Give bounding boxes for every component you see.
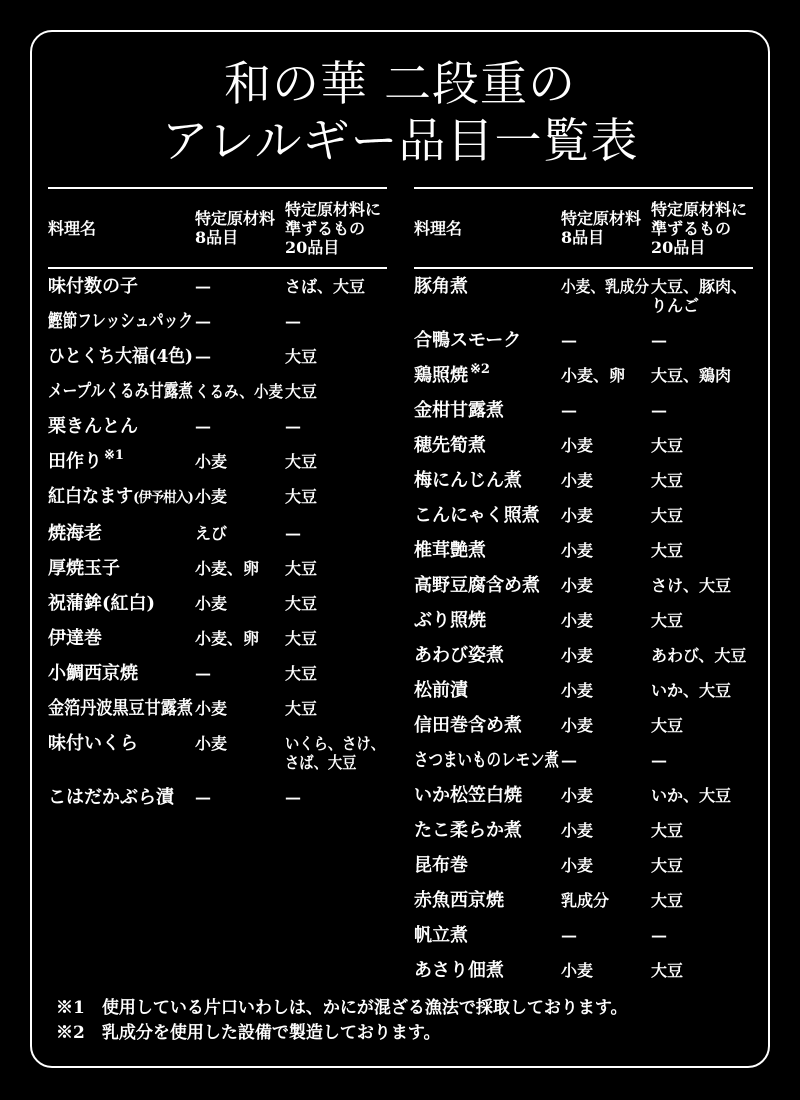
allergen-20-value: — bbox=[651, 918, 753, 953]
table-row: 味付数の子—さば、大豆 bbox=[48, 269, 387, 304]
table-row: 高野豆腐含め煮小麦さけ、大豆 bbox=[414, 568, 753, 603]
column-header-allergen8: 特定原材料 8品目 bbox=[195, 209, 285, 247]
dish-name: たこ柔らか煮 bbox=[414, 813, 561, 848]
dish-name: 小鯛西京焼 bbox=[48, 656, 195, 691]
table-row: あさり佃煮小麦大豆 bbox=[414, 953, 753, 988]
dish-name: 栗きんとん bbox=[48, 409, 195, 444]
table-row: こはだかぶら漬—— bbox=[48, 780, 387, 815]
allergen-8-value: 小麦、卵 bbox=[195, 621, 285, 656]
allergen-20-value: 大豆 bbox=[285, 479, 387, 516]
allergen-20-value: — bbox=[285, 780, 387, 815]
dish-name: 鶏照焼※2 bbox=[414, 358, 561, 393]
dish-name-small: (伊予柑入) bbox=[133, 490, 193, 506]
dish-name: 豚角煮 bbox=[414, 269, 561, 323]
page-title: 和の華 二段重のアレルギー品目一覧表 bbox=[32, 56, 768, 170]
table-row: 祝蒲鉾(紅白)小麦大豆 bbox=[48, 586, 387, 621]
allergen-20-value: — bbox=[285, 409, 387, 444]
allergen-8-value: — bbox=[195, 339, 285, 374]
allergen-8-value: 小麦 bbox=[195, 726, 285, 780]
allergen-8-value: — bbox=[195, 409, 285, 444]
allergen-8-value: — bbox=[195, 269, 285, 304]
table-row: さつまいものレモン煮—— bbox=[414, 743, 753, 778]
allergen-8-value: 小麦 bbox=[561, 498, 651, 533]
allergen-20-value: — bbox=[651, 393, 753, 428]
table-row: 信田巻含め煮小麦大豆 bbox=[414, 708, 753, 743]
dish-name: ぶり照焼 bbox=[414, 603, 561, 638]
dish-name: いか松笠白焼 bbox=[414, 778, 561, 813]
allergen-20-value: 大豆、鶏肉 bbox=[651, 358, 753, 393]
dish-name: 田作り※1 bbox=[48, 444, 195, 479]
dish-name: 高野豆腐含め煮 bbox=[414, 568, 561, 603]
dish-name: あわび姿煮 bbox=[414, 638, 561, 673]
allergen-20-value: 大豆 bbox=[651, 883, 753, 918]
dish-name: 信田巻含め煮 bbox=[414, 708, 561, 743]
table-row: ぶり照焼小麦大豆 bbox=[414, 603, 753, 638]
table-row: 味付いくら小麦いくら、さけ、 さば、大豆 bbox=[48, 726, 387, 780]
dish-name: 祝蒲鉾(紅白) bbox=[48, 586, 195, 621]
allergen-8-value: 乳成分 bbox=[561, 883, 651, 918]
dish-name: こんにゃく照煮 bbox=[414, 498, 561, 533]
dish-name: 松前漬 bbox=[414, 673, 561, 708]
table-row: 赤魚西京焼乳成分大豆 bbox=[414, 883, 753, 918]
allergen-20-value: 大豆 bbox=[651, 533, 753, 568]
dish-name: 味付いくら bbox=[48, 726, 195, 780]
allergen-8-value: 小麦 bbox=[561, 778, 651, 813]
table-row: メープルくるみ甘露煮くるみ、小麦大豆 bbox=[48, 374, 387, 409]
allergen-20-value: 大豆 bbox=[651, 498, 753, 533]
footnote-2: ※2 乳成分を使用した設備で製造しております。 bbox=[56, 1021, 748, 1046]
allergen-8-value: 小麦 bbox=[561, 953, 651, 988]
allergen-20-value: 大豆 bbox=[285, 691, 387, 726]
allergen-8-value: 小麦 bbox=[561, 638, 651, 673]
dish-name: 金柑甘露煮 bbox=[414, 393, 561, 428]
table-body: 味付数の子—さば、大豆鰹節フレッシュパック——ひとくち大福(4色)—大豆メープル… bbox=[48, 269, 387, 815]
dish-name: 昆布巻 bbox=[414, 848, 561, 883]
footnote-ref: ※1 bbox=[104, 448, 124, 463]
table-row: 帆立煮—— bbox=[414, 918, 753, 953]
column-header-allergen20: 特定原材料に 準ずるもの 20品目 bbox=[285, 200, 387, 257]
allergen-8-value: 小麦、卵 bbox=[561, 358, 651, 393]
allergen-8-value: 小麦 bbox=[195, 479, 285, 516]
allergen-20-value: — bbox=[285, 304, 387, 339]
allergen-20-value: さけ、大豆 bbox=[651, 568, 753, 603]
table-row: こんにゃく照煮小麦大豆 bbox=[414, 498, 753, 533]
table-row: 梅にんじん煮小麦大豆 bbox=[414, 463, 753, 498]
allergen-20-value: — bbox=[651, 743, 753, 778]
dish-name: あさり佃煮 bbox=[414, 953, 561, 988]
table-row: 小鯛西京焼—大豆 bbox=[48, 656, 387, 691]
column-header-allergen8: 特定原材料 8品目 bbox=[561, 209, 651, 247]
dish-name: 伊達巻 bbox=[48, 621, 195, 656]
allergen-20-value: 大豆 bbox=[285, 374, 387, 409]
column-header-allergen20: 特定原材料に 準ずるもの 20品目 bbox=[651, 200, 753, 257]
allergen-8-value: 小麦 bbox=[561, 848, 651, 883]
column-header-dish: 料理名 bbox=[48, 219, 195, 238]
allergen-20-value: 大豆 bbox=[285, 551, 387, 586]
dish-name: 金箔丹波黒豆甘露煮 bbox=[48, 691, 195, 726]
allergen-8-value: 小麦 bbox=[195, 691, 285, 726]
allergen-8-value: くるみ、小麦 bbox=[195, 374, 285, 409]
allergy-list-card: 和の華 二段重のアレルギー品目一覧表 料理名 特定原材料 8品目 特定原材料に … bbox=[30, 30, 770, 1068]
allergy-tables: 料理名 特定原材料 8品目 特定原材料に 準ずるもの 20品目 味付数の子—さば… bbox=[48, 187, 753, 988]
table-row: 穂先筍煮小麦大豆 bbox=[414, 428, 753, 463]
allergen-8-value: 小麦 bbox=[195, 444, 285, 479]
table-row: 鶏照焼※2小麦、卵大豆、鶏肉 bbox=[414, 358, 753, 393]
allergen-8-value: — bbox=[195, 304, 285, 339]
dish-name: 穂先筍煮 bbox=[414, 428, 561, 463]
table-row: 椎茸艶煮小麦大豆 bbox=[414, 533, 753, 568]
dish-name: 梅にんじん煮 bbox=[414, 463, 561, 498]
dish-name: 焼海老 bbox=[48, 516, 195, 551]
allergen-20-value: 大豆 bbox=[651, 708, 753, 743]
allergen-8-value: 小麦 bbox=[561, 568, 651, 603]
table-row: 豚角煮小麦、乳成分大豆、豚肉、 りんご bbox=[414, 269, 753, 323]
allergen-20-value: あわび、大豆 bbox=[651, 638, 753, 673]
allergen-8-value: 小麦、卵 bbox=[195, 551, 285, 586]
dish-name: 厚焼玉子 bbox=[48, 551, 195, 586]
allergen-20-value: 大豆 bbox=[651, 848, 753, 883]
dish-name: こはだかぶら漬 bbox=[48, 780, 195, 815]
allergen-20-value: 大豆 bbox=[285, 656, 387, 691]
dish-name: 紅白なます(伊予柑入) bbox=[48, 479, 195, 516]
table-row: 紅白なます(伊予柑入)小麦大豆 bbox=[48, 479, 387, 516]
table-row: 昆布巻小麦大豆 bbox=[414, 848, 753, 883]
table-row: 厚焼玉子小麦、卵大豆 bbox=[48, 551, 387, 586]
table-row: 合鴨スモーク—— bbox=[414, 323, 753, 358]
dish-name: メープルくるみ甘露煮 bbox=[48, 374, 195, 409]
table-row: 焼海老えび— bbox=[48, 516, 387, 551]
allergen-20-value: 大豆 bbox=[285, 444, 387, 479]
dish-name: 赤魚西京焼 bbox=[414, 883, 561, 918]
allergen-8-value: — bbox=[561, 323, 651, 358]
table-body: 豚角煮小麦、乳成分大豆、豚肉、 りんご合鴨スモーク——鶏照焼※2小麦、卵大豆、鶏… bbox=[414, 269, 753, 988]
allergy-table-right: 料理名 特定原材料 8品目 特定原材料に 準ずるもの 20品目 豚角煮小麦、乳成… bbox=[414, 187, 753, 988]
allergen-20-value: いか、大豆 bbox=[651, 673, 753, 708]
table-row: 栗きんとん—— bbox=[48, 409, 387, 444]
table-row: たこ柔らか煮小麦大豆 bbox=[414, 813, 753, 848]
allergen-20-value: 大豆 bbox=[651, 463, 753, 498]
table-row: 金箔丹波黒豆甘露煮小麦大豆 bbox=[48, 691, 387, 726]
allergen-8-value: 小麦 bbox=[561, 463, 651, 498]
allergen-8-value: 小麦、乳成分 bbox=[561, 269, 651, 323]
table-header: 料理名 特定原材料 8品目 特定原材料に 準ずるもの 20品目 bbox=[414, 187, 753, 269]
allergen-20-value: 大豆 bbox=[285, 339, 387, 374]
allergen-20-value: 大豆 bbox=[651, 603, 753, 638]
dish-name: 合鴨スモーク bbox=[414, 323, 561, 358]
footnote-1: ※1 使用している片口いわしは、かにが混ざる漁法で採取しております。 bbox=[56, 996, 748, 1021]
dish-name: さつまいものレモン煮 bbox=[414, 743, 561, 778]
table-row: あわび姿煮小麦あわび、大豆 bbox=[414, 638, 753, 673]
allergen-20-value: 大豆 bbox=[285, 621, 387, 656]
allergen-8-value: 小麦 bbox=[561, 813, 651, 848]
allergen-20-value: いくら、さけ、 さば、大豆 bbox=[285, 726, 387, 780]
table-row: 田作り※1小麦大豆 bbox=[48, 444, 387, 479]
allergen-8-value: えび bbox=[195, 516, 285, 551]
dish-name: 帆立煮 bbox=[414, 918, 561, 953]
allergen-8-value: 小麦 bbox=[195, 586, 285, 621]
page-title-line2: アレルギー品目一覧表 bbox=[162, 114, 639, 169]
allergen-20-value: 大豆 bbox=[651, 953, 753, 988]
allergen-20-value: 大豆 bbox=[651, 428, 753, 463]
table-row: 伊達巻小麦、卵大豆 bbox=[48, 621, 387, 656]
dish-name: 鰹節フレッシュパック bbox=[48, 304, 195, 339]
allergen-8-value: 小麦 bbox=[561, 428, 651, 463]
allergen-20-value: 大豆 bbox=[285, 586, 387, 621]
table-row: 金柑甘露煮—— bbox=[414, 393, 753, 428]
allergen-8-value: 小麦 bbox=[561, 603, 651, 638]
table-row: ひとくち大福(4色)—大豆 bbox=[48, 339, 387, 374]
allergy-table-left: 料理名 特定原材料 8品目 特定原材料に 準ずるもの 20品目 味付数の子—さば… bbox=[48, 187, 387, 988]
allergen-8-value: 小麦 bbox=[561, 708, 651, 743]
allergen-20-value: 大豆 bbox=[651, 813, 753, 848]
allergen-8-value: 小麦 bbox=[561, 673, 651, 708]
page-title-line1: 和の華 二段重の bbox=[224, 57, 576, 112]
allergen-20-value: 大豆、豚肉、 りんご bbox=[651, 269, 753, 323]
column-header-dish: 料理名 bbox=[414, 219, 561, 238]
allergen-20-value: いか、大豆 bbox=[651, 778, 753, 813]
footnotes: ※1 使用している片口いわしは、かにが混ざる漁法で採取しております。 ※2 乳成… bbox=[56, 996, 748, 1046]
table-row: 松前漬小麦いか、大豆 bbox=[414, 673, 753, 708]
table-header: 料理名 特定原材料 8品目 特定原材料に 準ずるもの 20品目 bbox=[48, 187, 387, 269]
allergen-20-value: — bbox=[651, 323, 753, 358]
footnote-ref: ※2 bbox=[470, 362, 490, 377]
allergen-8-value: — bbox=[561, 393, 651, 428]
allergen-8-value: — bbox=[195, 656, 285, 691]
dish-name: ひとくち大福(4色) bbox=[48, 339, 195, 374]
allergen-8-value: — bbox=[561, 743, 651, 778]
table-row: 鰹節フレッシュパック—— bbox=[48, 304, 387, 339]
table-row: いか松笠白焼小麦いか、大豆 bbox=[414, 778, 753, 813]
allergen-20-value: — bbox=[285, 516, 387, 551]
allergen-8-value: — bbox=[195, 780, 285, 815]
allergen-8-value: — bbox=[561, 918, 651, 953]
dish-name: 椎茸艶煮 bbox=[414, 533, 561, 568]
allergen-8-value: 小麦 bbox=[561, 533, 651, 568]
allergen-20-value: さば、大豆 bbox=[285, 269, 387, 304]
dish-name: 味付数の子 bbox=[48, 269, 195, 304]
